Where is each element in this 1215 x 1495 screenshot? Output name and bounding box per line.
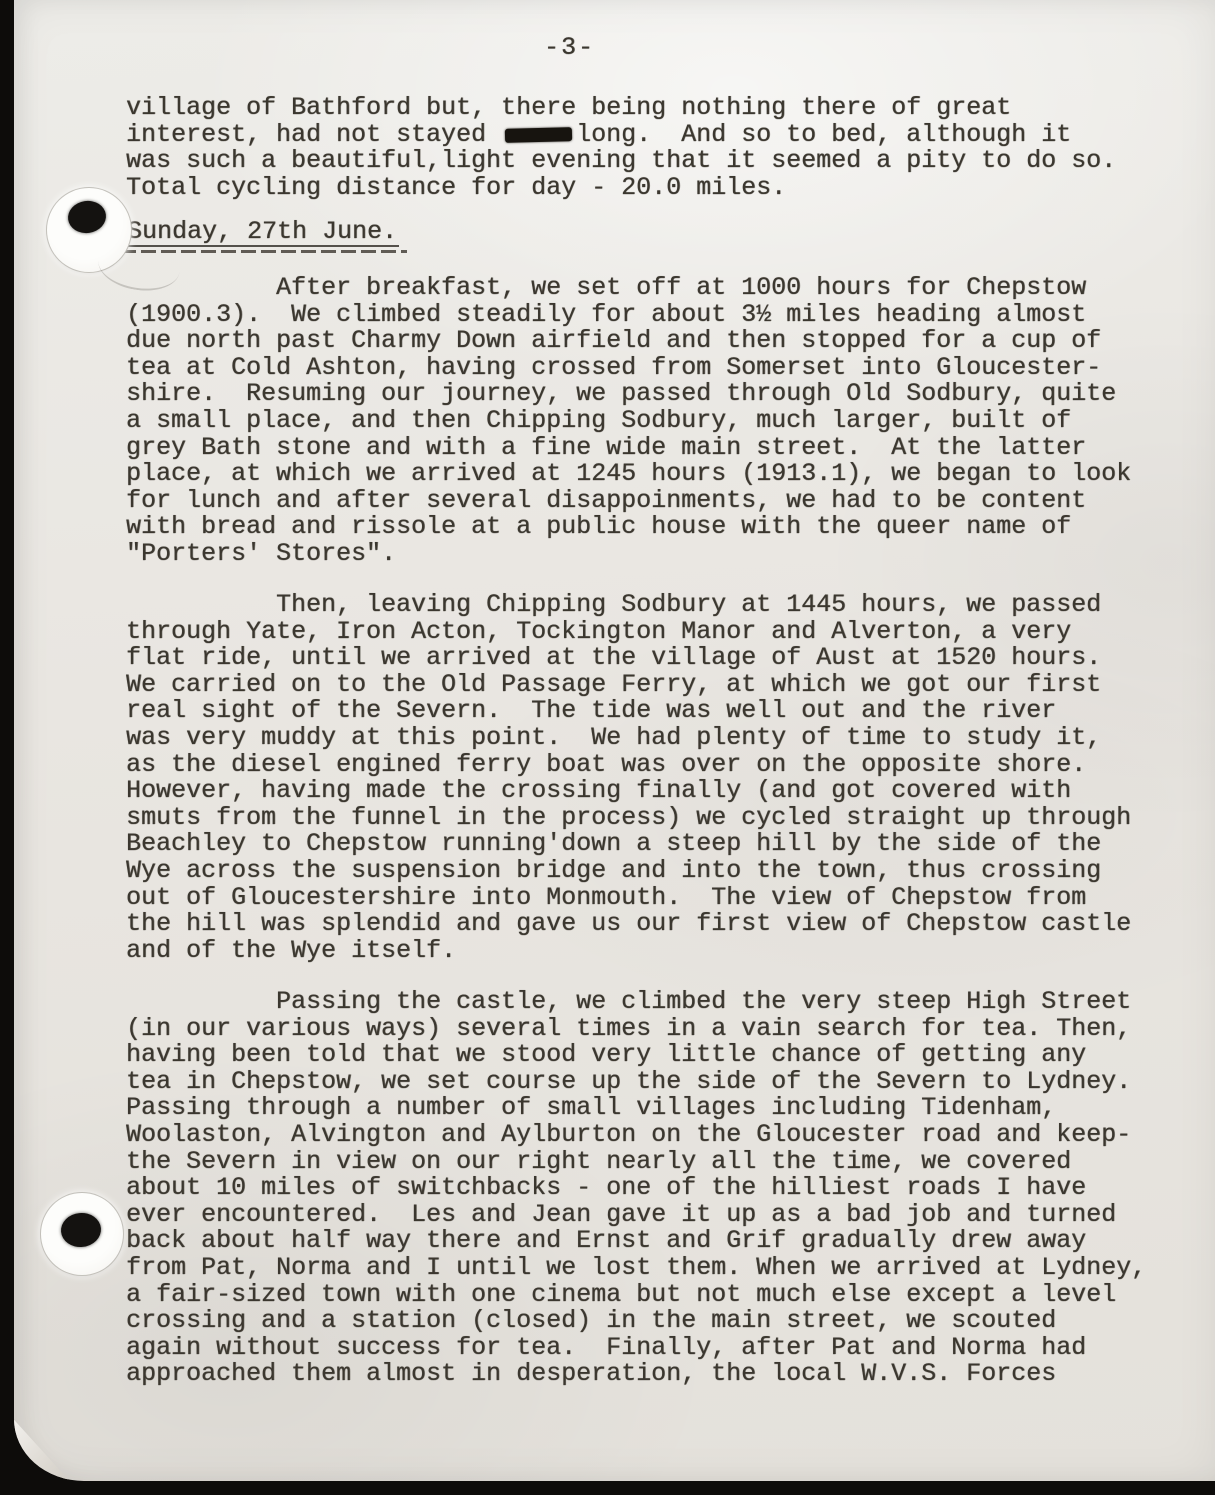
page-number: -3-: [544, 35, 595, 62]
paragraph-bathford-evening: village of Bathford but, there being not…: [126, 95, 1116, 201]
document-page: -3- village of Bathford but, there being…: [14, 0, 1215, 1481]
page-corner-curl: [14, 1396, 110, 1481]
paragraph-chepstow-to-lydney: Passing the castle, we climbed the very …: [126, 989, 1146, 1388]
date-heading: Sunday, 27th June.: [127, 219, 397, 246]
inked-out-word: [505, 127, 572, 143]
scan-background: { "page": { "number": "-3-", "heading": …: [0, 0, 1215, 1495]
punch-hole-top-opening: [66, 199, 108, 236]
punch-hole-bottom: [40, 1192, 124, 1276]
paragraph-ride-to-chipping-sodbury: After breakfast, we set off at 1000 hour…: [126, 275, 1131, 568]
paragraph-severn-ferry-chepstow: Then, leaving Chipping Sodbury at 1445 h…: [126, 592, 1131, 964]
punch-hole-bottom-opening: [60, 1211, 103, 1248]
